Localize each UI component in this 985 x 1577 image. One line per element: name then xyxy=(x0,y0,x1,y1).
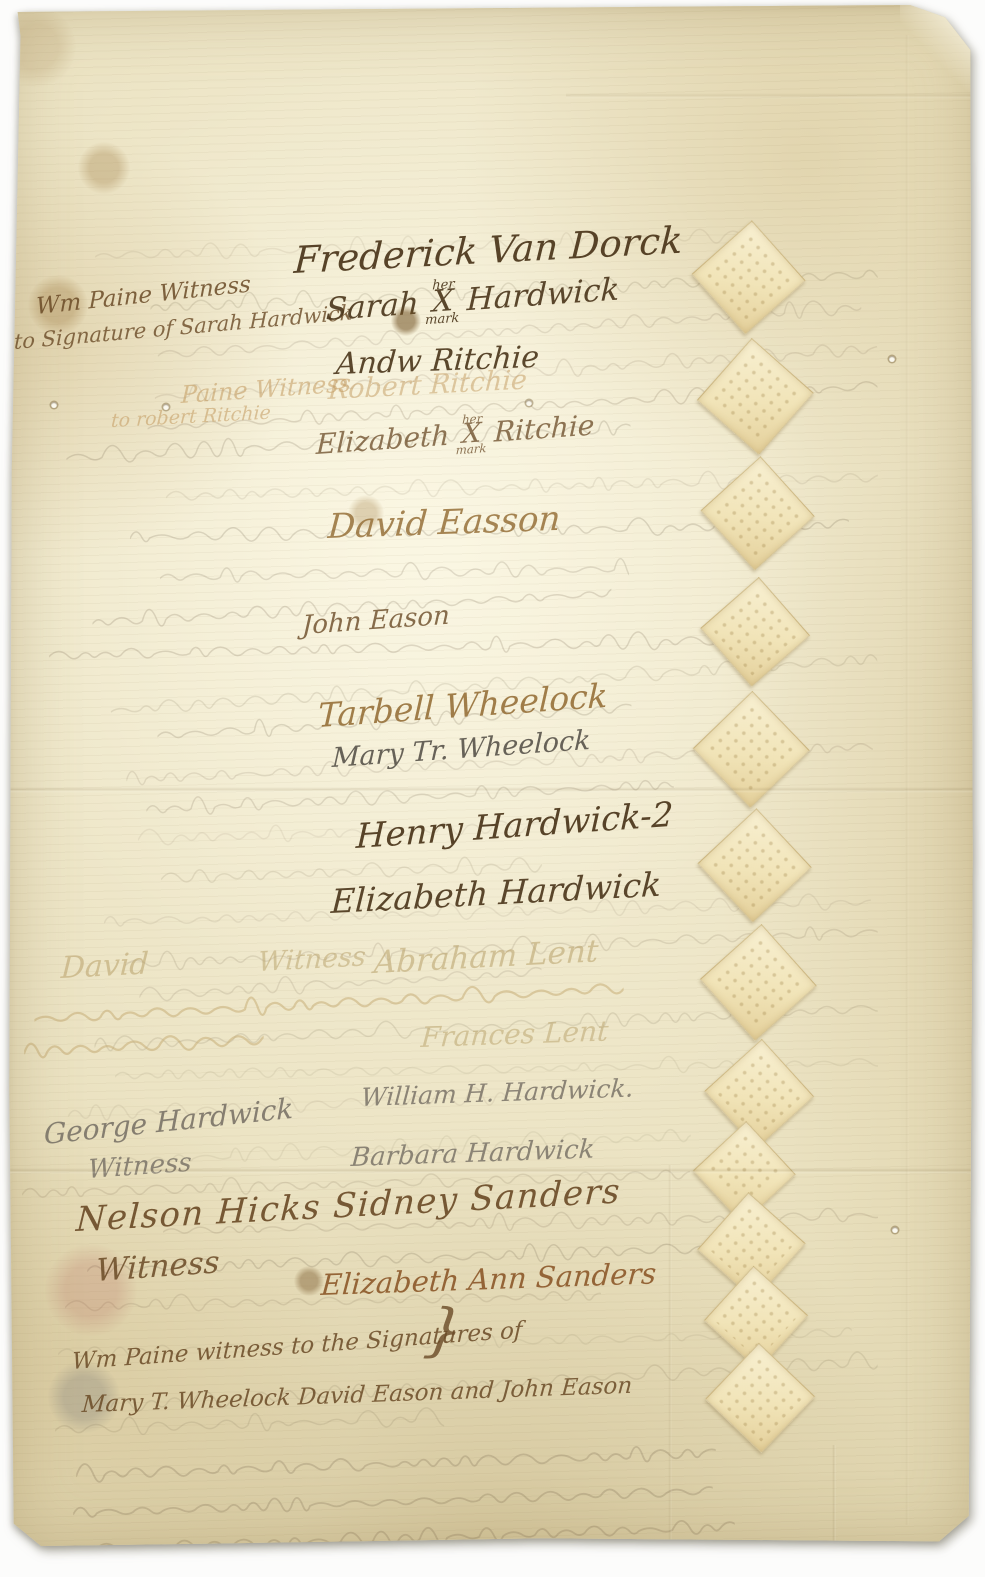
squiggle-stroke xyxy=(95,1508,736,1553)
embossed-seal xyxy=(704,1266,809,1371)
showthrough-line xyxy=(138,953,542,1015)
squiggle-stroke xyxy=(124,912,878,978)
showthrough-line xyxy=(65,1277,602,1326)
first-name: Sarah xyxy=(325,287,419,326)
showthrough-writing xyxy=(6,5,978,1553)
showthrough-line xyxy=(86,1227,778,1289)
showthrough-line xyxy=(94,989,879,1065)
showthrough-line xyxy=(114,1043,878,1094)
signature-closing-brace: } xyxy=(421,1299,467,1361)
signature-elizabeth-ritchie: ElizabethherXmarkRitchie xyxy=(315,405,595,465)
signature-sarah-hardwick: SarahherXmarkHardwick xyxy=(325,267,620,332)
photo-background: Frederick Van DorckWm Paine Witnessto Si… xyxy=(0,0,985,1577)
stain xyxy=(78,142,130,194)
showthrough-line xyxy=(145,765,674,829)
x-mark: X xyxy=(432,290,454,314)
fold-crease-horizontal xyxy=(6,787,978,793)
squiggle-stroke xyxy=(138,808,548,854)
showthrough-line xyxy=(125,727,873,798)
squiggle-stroke xyxy=(145,765,674,825)
showthrough-line xyxy=(33,970,624,1039)
pinhole xyxy=(892,1227,898,1233)
signature-nelson-hicks-sidney-sanders: Nelson Hicks Sidney Sanders xyxy=(75,1174,622,1238)
stain xyxy=(28,275,88,335)
her-mark-stack: herXmark xyxy=(456,413,488,456)
surname: Hardwick xyxy=(466,273,620,316)
squiggle-stroke xyxy=(94,217,744,271)
showthrough-line xyxy=(49,621,739,674)
paper-mottling xyxy=(6,5,978,1553)
stain xyxy=(45,1244,137,1336)
surname: Ritchie xyxy=(494,411,595,448)
squiggle-stroke xyxy=(160,550,629,593)
embossed-seal xyxy=(700,577,811,688)
signature-abraham-lent: Abraham Lent xyxy=(373,935,599,979)
pinhole xyxy=(526,400,532,406)
showthrough-line xyxy=(110,1342,879,1425)
squiggle-stroke xyxy=(91,1117,691,1177)
signature-john-eason: John Eason xyxy=(302,603,451,641)
fold-crease-vertical xyxy=(905,35,909,1525)
signature-andrew-ritchie: Andw Ritchie xyxy=(335,342,540,381)
fold-crease-vertical xyxy=(668,1165,672,1553)
showthrough-line xyxy=(147,367,879,446)
showthrough-line xyxy=(156,288,862,374)
stain xyxy=(391,306,421,336)
embossed-seal xyxy=(700,924,817,1041)
showthrough-line xyxy=(163,1196,879,1250)
squiggle-stroke xyxy=(55,1399,445,1444)
signature-faded-paine-witness: Paine Witness xyxy=(181,371,352,408)
signature-wm-paine-witness: Wm Paine Witness xyxy=(36,272,251,319)
fold-crease-horizontal xyxy=(6,1168,978,1174)
signature-tarbell-wheelock: Tarbell Wheelock xyxy=(317,679,608,734)
squiggle-stroke xyxy=(91,574,612,638)
embossed-seal xyxy=(697,1192,806,1301)
signature-frances-lent: Frances Lent xyxy=(420,1016,609,1052)
signature-elizabeth-ann-sanders: Elizabeth Ann Sanders xyxy=(320,1258,657,1300)
squiggle-stroke xyxy=(161,846,543,893)
signature-william-h-hardwick: William H. Hardwick. xyxy=(360,1075,634,1111)
squiggle-stroke xyxy=(156,689,632,750)
stain xyxy=(348,495,384,531)
showthrough-line xyxy=(166,458,879,515)
showthrough-line xyxy=(154,329,879,415)
signature-george-hardwick: George Hardwick xyxy=(44,1094,293,1150)
squiggle-stroke xyxy=(147,367,879,442)
embossed-seal xyxy=(693,1121,796,1224)
pinhole xyxy=(889,356,895,362)
signature-frederick-van-dorck: Frederick Van Dorck xyxy=(293,222,684,281)
stain-layer xyxy=(6,5,978,1553)
stain xyxy=(294,1266,324,1296)
x-mark: X xyxy=(462,423,482,445)
squiggle-stroke xyxy=(110,1342,878,1421)
signature-wm-paine-bottom-line1: Wm Paine witness to the Signatures of xyxy=(72,1318,523,1374)
laid-paper-texture xyxy=(6,5,978,1553)
embossed-seal xyxy=(697,338,814,455)
embossed-seal xyxy=(704,1039,815,1150)
stain xyxy=(48,1361,120,1433)
squiggle-stroke xyxy=(57,1314,852,1368)
showthrough-line xyxy=(76,1434,717,1494)
squiggle-stroke xyxy=(156,288,862,370)
showthrough-line xyxy=(55,1399,445,1448)
squiggle-stroke xyxy=(65,1277,602,1322)
squiggle-stroke xyxy=(104,883,872,937)
signature-elizabeth-hardwick: Elizabeth Hardwick xyxy=(330,868,662,920)
paper-shadow-wrap: Frederick Van DorckWm Paine Witnessto Si… xyxy=(0,0,985,1577)
squiggle-stroke xyxy=(130,506,849,553)
squiggle-stroke xyxy=(86,1227,778,1285)
crease-layer xyxy=(6,5,978,1553)
first-name: Elizabeth xyxy=(315,421,449,460)
squiggle-stroke xyxy=(33,970,624,1035)
her-label: her xyxy=(462,413,482,424)
mark-label: mark xyxy=(425,312,460,326)
stain xyxy=(6,7,76,87)
showthrough-line xyxy=(104,883,872,941)
squiggle-stroke xyxy=(72,1472,713,1528)
squiggle-stroke xyxy=(68,1078,511,1130)
showthrough-line xyxy=(91,1117,691,1181)
showthrough-line xyxy=(22,1156,690,1213)
showthrough-line xyxy=(160,550,629,597)
signature-wm-paine-bottom-line2: Mary T. Wheelock David Eason and John Ea… xyxy=(81,1374,633,1417)
showthrough-line xyxy=(150,255,879,327)
showthrough-line xyxy=(23,1021,265,1072)
fold-crease-vertical xyxy=(832,1445,836,1551)
showthrough-line xyxy=(91,574,613,642)
showthrough-line xyxy=(161,846,543,897)
showthrough-line xyxy=(57,1314,852,1372)
signature-robert-ritchie: Robert Ritchie xyxy=(327,367,527,406)
showthrough-line xyxy=(95,1508,736,1553)
pinhole xyxy=(163,404,169,410)
squiggle-stroke xyxy=(138,953,542,1011)
signature-wm-paine-witness-line2: to Signature of Sarah Hardwick xyxy=(14,301,353,353)
signature-george-hardwick-witness: Witness xyxy=(88,1150,193,1185)
embossed-seal xyxy=(701,457,816,572)
her-mark-stack: herXmark xyxy=(425,279,461,326)
signature-faded-david: David xyxy=(60,948,149,984)
squiggle-stroke xyxy=(114,1043,878,1090)
showthrough-line xyxy=(109,640,878,730)
squiggle-stroke xyxy=(154,329,879,411)
mark-label: mark xyxy=(456,443,487,455)
showthrough-line xyxy=(94,217,744,275)
her-label: her xyxy=(432,279,455,292)
squiggle-stroke xyxy=(166,458,878,511)
seal-column xyxy=(6,5,978,1553)
squiggle-stroke xyxy=(22,1156,690,1209)
pinhole xyxy=(51,402,57,408)
embossed-seal xyxy=(693,691,810,808)
signature-witness-nelson-hicks: Witness xyxy=(95,1246,220,1287)
embossed-seal xyxy=(692,221,807,336)
showthrough-line xyxy=(66,409,633,477)
signature-to-robert-ritchie: to robert Ritchie xyxy=(110,404,271,432)
signature-barbara-hardwick: Barbara Hardwick xyxy=(350,1136,595,1172)
signature-layer: Frederick Van DorckWm Paine Witnessto Si… xyxy=(6,5,978,1553)
squiggle-stroke xyxy=(49,621,738,670)
squiggle-stroke xyxy=(125,727,873,794)
document-page: Frederick Van DorckWm Paine Witnessto Si… xyxy=(6,5,978,1553)
signature-faded-witness: Witness xyxy=(257,943,366,977)
squiggle-stroke xyxy=(109,640,878,726)
squiggle-stroke xyxy=(76,1434,717,1490)
signature-mary-t-wheelock: Mary Tr. Wheelock xyxy=(332,727,591,774)
signature-henry-hardwick: Henry Hardwick-2 xyxy=(355,798,674,856)
showthrough-line xyxy=(72,1472,713,1532)
squiggle-stroke xyxy=(163,1196,878,1246)
showthrough-line xyxy=(68,1078,511,1134)
showthrough-line xyxy=(124,912,878,982)
corner-fold xyxy=(900,5,978,103)
squiggle-stroke xyxy=(66,409,632,473)
showthrough-line xyxy=(156,689,632,754)
edge-vignette xyxy=(6,5,978,1553)
showthrough-line xyxy=(138,808,548,858)
signature-david-easson: David Easson xyxy=(327,502,562,546)
embossed-seal xyxy=(698,809,813,924)
squiggle-stroke xyxy=(150,255,879,323)
squiggle-stroke xyxy=(94,989,879,1061)
embossed-seal xyxy=(705,1343,816,1454)
squiggle-stroke xyxy=(23,1021,264,1068)
showthrough-line xyxy=(130,506,849,557)
